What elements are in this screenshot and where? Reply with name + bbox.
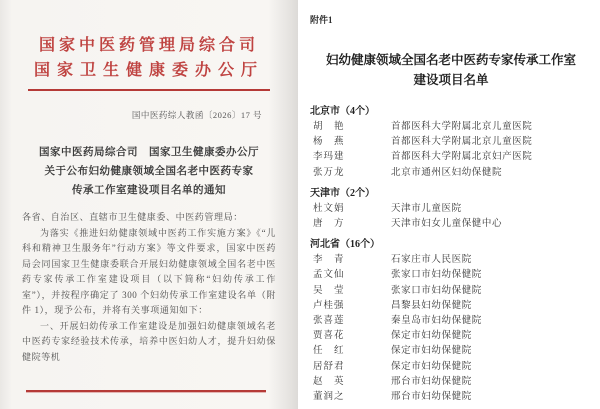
- expert-name: 董润之: [310, 390, 391, 405]
- expert-name: 胡 艳: [310, 120, 391, 135]
- roster-row: 赵 英邢台市妇幼保健院: [310, 375, 592, 390]
- expert-name: 张喜莲: [310, 314, 391, 329]
- roster-row: 杨 燕首都医科大学附属北京儿童医院: [310, 135, 592, 150]
- expert-name: 贾喜花: [310, 329, 391, 344]
- roster-row: 卢桂强昌黎县妇幼保健院: [310, 299, 592, 314]
- document-number: 国中医药综人教函〔2026〕17 号: [0, 109, 298, 121]
- roster-row: 吴 莹张家口市妇幼保健院: [310, 284, 592, 299]
- roster-row: 李玛建首都医科大学附属北京妇产医院: [310, 150, 592, 165]
- attachment-title: 妇幼健康领域全国名老中医药专家传承工作室 建设项目名单: [310, 50, 592, 90]
- two-page-document-view: 国家中医药管理局综合司 国家卫生健康委办公厅 国中医药综人教函〔2026〕17 …: [0, 0, 600, 409]
- region-header: 河北省（16个）: [310, 237, 592, 253]
- hospital-name: 北京市通州区妇幼保健院: [391, 166, 592, 181]
- attachment-document-page: 附件1 妇幼健康领域全国名老中医药专家传承工作室 建设项目名单 北京市（4个）胡…: [298, 0, 600, 409]
- attachment-label: 附件1: [310, 13, 592, 26]
- letterhead-line2: 国家卫生健康委办公厅: [0, 58, 298, 83]
- notice-title-line2: 关于公布妇幼健康领域全国名老中医药专家: [0, 162, 298, 181]
- letterhead-line1: 国家中医药管理局综合司: [0, 33, 298, 58]
- expert-name: 张万龙: [310, 166, 391, 181]
- expert-name: 杜文娟: [310, 202, 391, 217]
- region-header: 天津市（2个）: [310, 186, 592, 202]
- expert-roster: 北京市（4个）胡 艳首都医科大学附属北京儿童医院杨 燕首都医科大学附属北京儿童医…: [310, 104, 592, 405]
- roster-row: 张喜莲秦皇岛市妇幼保健院: [310, 314, 592, 329]
- hospital-name: 保定市妇幼保健院: [391, 344, 592, 359]
- hospital-name: 首都医科大学附属北京儿童医院: [391, 135, 592, 150]
- expert-name: 赵 英: [310, 375, 391, 390]
- expert-name: 李玛建: [310, 150, 391, 165]
- footer-rule: [26, 390, 266, 392]
- notice-title-line1: 国家中医药局综合司 国家卫生健康委办公厅: [0, 143, 298, 162]
- roster-section: 北京市（4个）胡 艳首都医科大学附属北京儿童医院杨 燕首都医科大学附属北京儿童医…: [310, 104, 592, 181]
- roster-section: 河北省（16个）李 青石家庄市人民医院孟文仙张家口市妇幼保健院吴 莹张家口市妇幼…: [310, 237, 592, 405]
- roster-section: 天津市（2个）杜文娟天津市儿童医院唐 方天津市妇女儿童保健中心: [310, 186, 592, 232]
- hospital-name: 昌黎县妇幼保健院: [391, 299, 592, 314]
- letterhead-rule: [28, 89, 270, 91]
- letterhead: 国家中医药管理局综合司 国家卫生健康委办公厅: [0, 33, 298, 83]
- roster-row: 李 青石家庄市人民医院: [310, 253, 592, 268]
- expert-name: 杨 燕: [310, 135, 391, 150]
- expert-name: 唐 方: [310, 217, 391, 232]
- attachment-title-line1: 妇幼健康领域全国名老中医药专家传承工作室: [310, 50, 592, 70]
- expert-name: 任 红: [310, 344, 391, 359]
- hospital-name: 首都医科大学附属北京儿童医院: [391, 120, 592, 135]
- roster-row: 贾喜花保定市妇幼保健院: [310, 329, 592, 344]
- hospital-name: 张家口市妇幼保健院: [391, 284, 592, 299]
- roster-row: 唐 方天津市妇女儿童保健中心: [310, 217, 592, 232]
- hospital-name: 秦皇岛市妇幼保健院: [391, 314, 592, 329]
- roster-row: 杜文娟天津市儿童医院: [310, 202, 592, 217]
- expert-name: 孟文仙: [310, 268, 391, 283]
- expert-name: 李 青: [310, 253, 391, 268]
- roster-row: 张万龙北京市通州区妇幼保健院: [310, 166, 592, 181]
- attachment-title-line2: 建设项目名单: [310, 70, 592, 90]
- roster-row: 居舒君保定市妇幼保健院: [310, 360, 592, 375]
- hospital-name: 张家口市妇幼保健院: [391, 268, 592, 283]
- hospital-name: 保定市妇幼保健院: [391, 360, 592, 375]
- roster-row: 任 红保定市妇幼保健院: [310, 344, 592, 359]
- salutation: 各省、自治区、直辖市卫生健康委、中医药管理局：: [22, 210, 276, 226]
- expert-name: 吴 莹: [310, 284, 391, 299]
- body-paragraph-2: 一、开展妇幼传承工作室建设是加强妇幼健康领域名老中医药专家经验技术传承，培养中医…: [22, 319, 276, 366]
- hospital-name: 邢台市妇幼保健院: [391, 390, 592, 405]
- roster-row: 胡 艳首都医科大学附属北京儿童医院: [310, 120, 592, 135]
- notice-title-line3: 传承工作室建设项目名单的通知: [0, 181, 298, 200]
- expert-name: 居舒君: [310, 360, 391, 375]
- region-header: 北京市（4个）: [310, 104, 592, 120]
- notice-title: 国家中医药局综合司 国家卫生健康委办公厅 关于公布妇幼健康领域全国名老中医药专家…: [0, 143, 298, 200]
- roster-row: 孟文仙张家口市妇幼保健院: [310, 268, 592, 283]
- expert-name: 卢桂强: [310, 299, 391, 314]
- hospital-name: 保定市妇幼保健院: [391, 329, 592, 344]
- notice-document-page: 国家中医药管理局综合司 国家卫生健康委办公厅 国中医药综人教函〔2026〕17 …: [0, 0, 298, 409]
- body-paragraph-1: 为落实《推进妇幼健康领域中医药工作实施方案》《“儿科和精神卫生服务年”行动方案》…: [22, 226, 276, 319]
- roster-row: 董润之邢台市妇幼保健院: [310, 390, 592, 405]
- hospital-name: 天津市儿童医院: [391, 202, 592, 217]
- notice-body: 各省、自治区、直辖市卫生健康委、中医药管理局： 为落实《推进妇幼健康领域中医药工…: [0, 210, 298, 365]
- hospital-name: 首都医科大学附属北京妇产医院: [391, 150, 592, 165]
- hospital-name: 邢台市妇幼保健院: [391, 375, 592, 390]
- hospital-name: 石家庄市人民医院: [391, 253, 592, 268]
- hospital-name: 天津市妇女儿童保健中心: [391, 217, 592, 232]
